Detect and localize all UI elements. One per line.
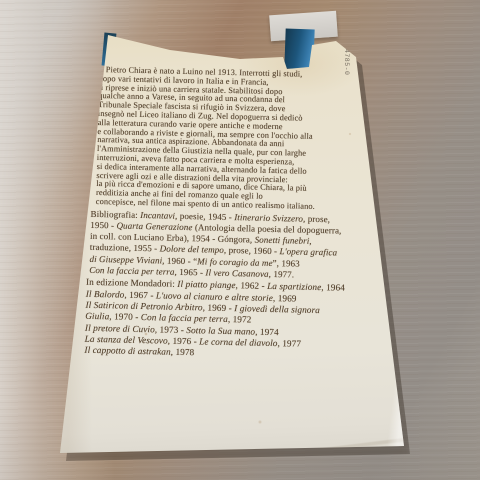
author-bio-paragraph: Pietro Chiara è nato a Luino nel 1913. I… xyxy=(96,63,384,213)
bibliography-paragraph: Bibliografia: Incantavi, poesie, 1945 - … xyxy=(89,209,380,283)
photo-book-back-cover: 14785-0 Pietro Chiara è nato a Luino nel… xyxy=(0,0,480,480)
book-back-cover: 14785-0 Pietro Chiara è nato a Luino nel… xyxy=(50,14,410,459)
mondadori-editions-paragraph: In edizione Mondadori: Il piatto piange,… xyxy=(84,277,379,363)
back-cover-text: Pietro Chiara è nato a Luino nel 1913. I… xyxy=(92,63,384,363)
